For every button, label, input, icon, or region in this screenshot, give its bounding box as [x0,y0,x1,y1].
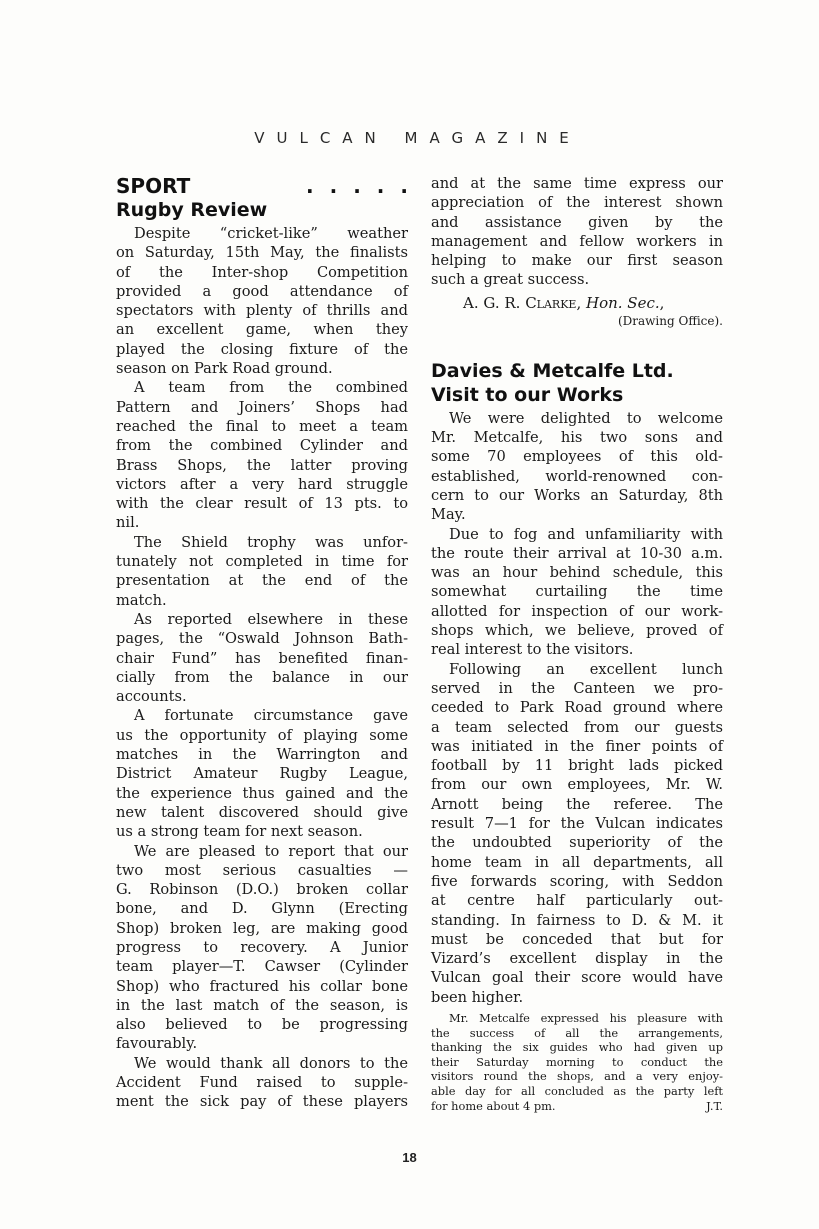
text-line: us a strong team for next season. [116,822,408,841]
text-line: Mr. Metcalfe expressed his pleasure with [431,1011,723,1026]
text-line: management and fellow workers in [431,232,723,251]
text-line: been higher. [431,988,723,1007]
text-line: at centre half particularly out- [431,891,723,910]
page-number: 18 [0,1150,819,1165]
text-line: us the opportunity of playing some [116,726,408,745]
text-line: served in the Canteen we pro- [431,679,723,698]
text-line: their Saturday morning to conduct the [431,1055,723,1070]
text-line: football by 11 bright lads picked [431,756,723,775]
text-line: matches in the Warrington and [116,745,408,764]
text-line: Brass Shops, the latter proving [116,456,408,475]
text-line: from our own employees, Mr. W. [431,775,723,794]
signature-title: Hon. Sec. [586,294,660,312]
text-line: progress to recovery. A Junior [116,938,408,957]
text-line: As reported elsewhere in these [116,610,408,629]
text-line: some 70 employees of this old- [431,447,723,466]
text-line: with the clear result of 13 pts. to [116,494,408,513]
text-line: was initiated in the finer points of [431,737,723,756]
text-line: thanking the six guides who had given up [431,1040,723,1055]
text-line: cern to our Works an Saturday, 8th [431,486,723,505]
left-column: SPORT ..... Rugby Review Despite “cricke… [116,174,408,1112]
text-line: match. [116,591,408,610]
text-line: Vulcan goal their score would have [431,968,723,987]
text-line: the success of all the arrangements, [431,1026,723,1041]
text-line: presentation at the end of the [116,571,408,590]
text-line: spectators with plenty of thrills and [116,301,408,320]
section-heading-dots: ..... [306,174,424,198]
rugby-review-continuation: and at the same time express ourapprecia… [431,174,723,290]
article-title-rugby-review: Rugby Review [116,198,408,222]
text-line: ceeded to Park Road ground where [431,698,723,717]
text-line: Arnott being the referee. The [431,795,723,814]
text-line: Accident Fund raised to supple- [116,1073,408,1092]
closing-last-line: for home about 4 pm. J.T. [431,1099,723,1114]
text-line: shops which, we believe, proved of [431,621,723,640]
signature-name: Clarke [525,294,576,312]
text-line: Shop) who fractured his collar bone [116,977,408,996]
works-visit-body: We were delighted to welcomeMr. Metcalfe… [431,409,723,1007]
author-initials: J.T. [706,1099,723,1114]
text-line: appreciation of the interest shown [431,193,723,212]
magazine-masthead: VULCAN MAGAZINE [0,129,819,147]
text-line: tunately not completed in time for [116,552,408,571]
text-line: a team selected from our guests [431,718,723,737]
text-line: visitors round the shops, and a very enj… [431,1069,723,1084]
text-line: season on Park Road ground. [116,359,408,378]
text-line: home team in all departments, all [431,853,723,872]
text-line: Due to fog and unfamiliarity with [431,525,723,544]
text-line: established, world-renowned con- [431,467,723,486]
text-line: five forwards scoring, with Seddon [431,872,723,891]
text-line: accounts. [116,687,408,706]
article-title-line-1: Davies & Metcalfe Ltd. [431,359,723,383]
text-line: A fortunate circumstance gave [116,706,408,725]
text-line: cially from the balance in our [116,668,408,687]
text-line: pages, the “Oswald Johnson Bath- [116,629,408,648]
text-line: must be conceded that but for [431,930,723,949]
text-line: We were delighted to welcome [431,409,723,428]
text-line: G. Robinson (D.O.) broken collar [116,880,408,899]
text-line: Mr. Metcalfe, his two sons and [431,428,723,447]
text-line: Pattern and Joiners’ Shops had [116,398,408,417]
text-line: A team from the combined [116,378,408,397]
text-line: such a great success. [431,270,723,289]
works-visit-closing: Mr. Metcalfe expressed his pleasure with… [431,1011,723,1113]
closing-last-text: for home about 4 pm. [431,1099,556,1114]
rugby-review-body: Despite “cricket-like” weatheron Saturda… [116,224,408,1112]
text-line: The Shield trophy was unfor- [116,533,408,552]
text-line: real interest to the visitors. [431,640,723,659]
right-column: and at the same time express ourapprecia… [431,174,723,1113]
text-line: and assistance given by the [431,213,723,232]
text-line: the experience thus gained and the [116,784,408,803]
text-line: favourably. [116,1034,408,1053]
signature-department: (Drawing Office). [431,313,723,329]
text-line: Despite “cricket-like” weather [116,224,408,243]
text-line: allotted for inspection of our work- [431,602,723,621]
text-line: We would thank all donors to the [116,1054,408,1073]
text-line: Following an excellent lunch [431,660,723,679]
text-line: played the closing fixture of the [116,340,408,359]
text-line: the undoubted superiority of the [431,833,723,852]
text-line: the route their arrival at 10-30 a.m. [431,544,723,563]
text-line: chair Fund” has benefited finan- [116,649,408,668]
text-line: bone, and D. Glynn (Erecting [116,899,408,918]
text-line: Vizard’s excellent display in the [431,949,723,968]
text-line: two most serious casualties — [116,861,408,880]
text-line: standing. In fairness to D. & M. it [431,911,723,930]
text-line: helping to make our first season [431,251,723,270]
text-line: May. [431,505,723,524]
text-line: also believed to be progressing [116,1015,408,1034]
section-heading-text: SPORT [116,174,190,198]
text-line: team player—T. Cawser (Cylinder [116,957,408,976]
article-title-line-2: Visit to our Works [431,383,723,407]
text-line: provided a good attendance of [116,282,408,301]
section-heading-sport: SPORT ..... [116,174,408,198]
text-line: from the combined Cylinder and [116,436,408,455]
text-line: was an hour behind schedule, this [431,563,723,582]
signature: A. G. R. Clarke, Hon. Sec., [431,293,723,313]
text-line: We are pleased to report that our [116,842,408,861]
text-line: new talent discovered should give [116,803,408,822]
text-line: ment the sick pay of these players [116,1092,408,1111]
text-line: victors after a very hard struggle [116,475,408,494]
text-line: and at the same time express our [431,174,723,193]
text-line: able day for all concluded as the party … [431,1084,723,1099]
text-line: in the last match of the season, is [116,996,408,1015]
text-line: somewhat curtailing the time [431,582,723,601]
text-line: an excellent game, when they [116,320,408,339]
text-line: District Amateur Rugby League, [116,764,408,783]
text-line: of the Inter-shop Competition [116,263,408,282]
signature-initials: A. G. R. [463,294,525,312]
text-line: reached the final to meet a team [116,417,408,436]
text-line: nil. [116,513,408,532]
text-line: Shop) broken leg, are making good [116,919,408,938]
text-line: on Saturday, 15th May, the finalists [116,243,408,262]
article-title-davies-metcalfe: Davies & Metcalfe Ltd. Visit to our Work… [431,359,723,407]
text-line: result 7—1 for the Vulcan indicates [431,814,723,833]
